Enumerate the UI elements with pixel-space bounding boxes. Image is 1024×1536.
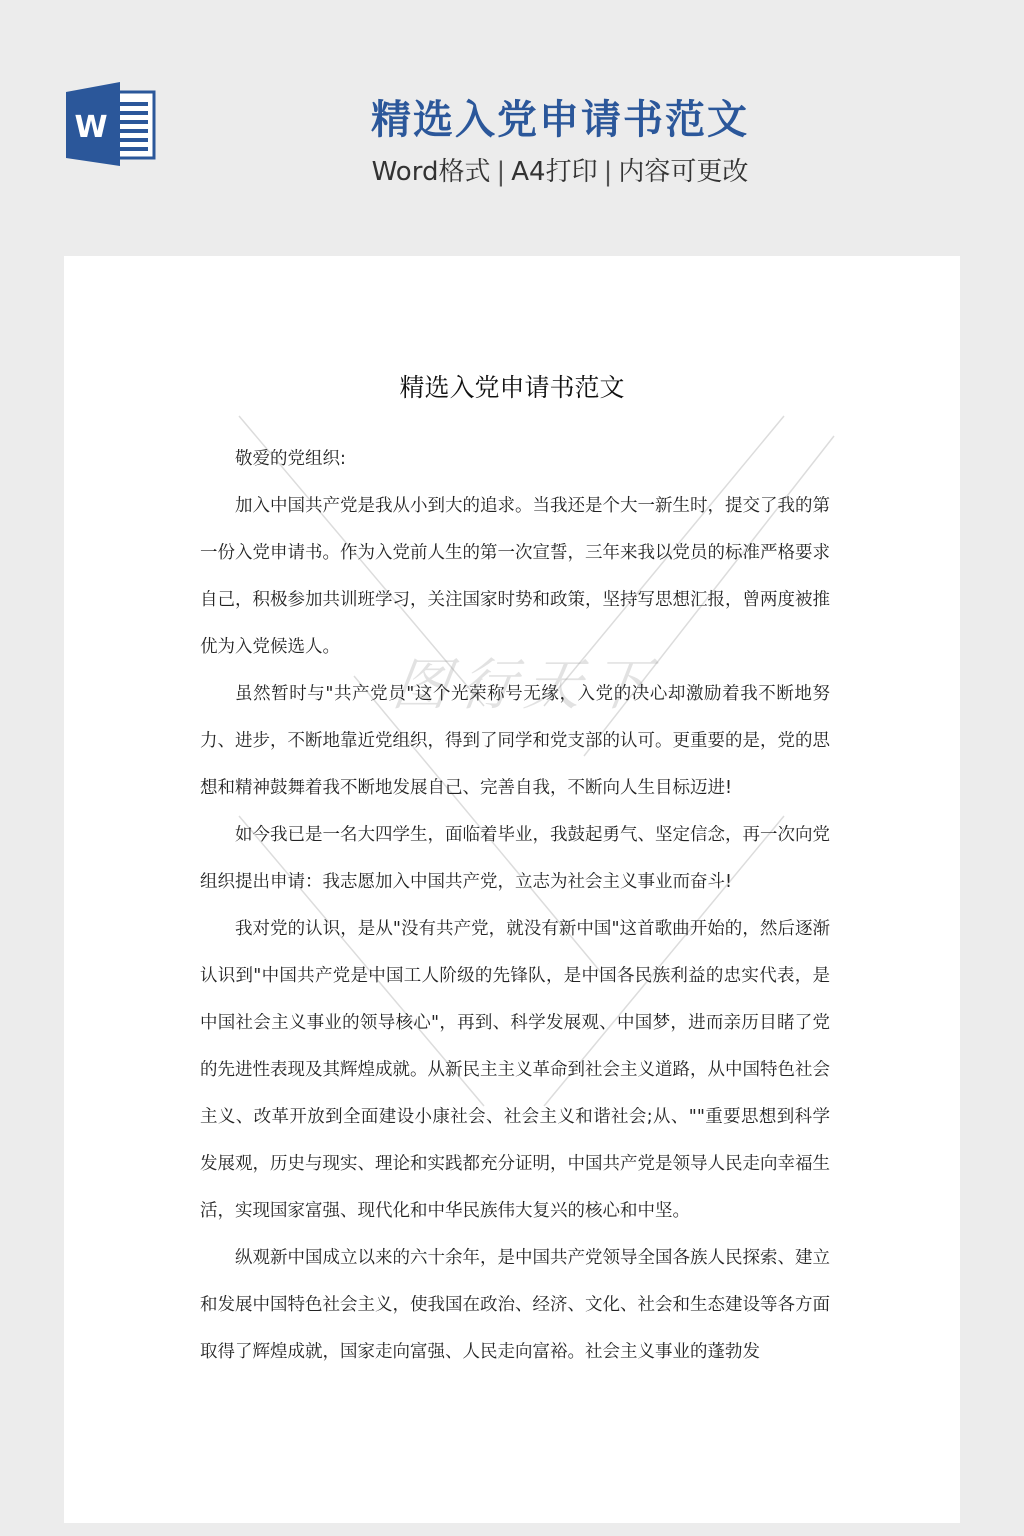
paragraph: 我对党的认识，是从"没有共产党，就没有新中国"这首歌曲开始的，然后逐渐认识到"中… bbox=[200, 906, 830, 1235]
format-label: Word格式 bbox=[372, 157, 491, 187]
paragraph: 加入中国共产党是我从小到大的追求。当我还是个大一新生时，提交了我的第一份入党申请… bbox=[200, 483, 830, 671]
document-body: 敬爱的党组织: 加入中国共产党是我从小到大的追求。当我还是个大一新生时，提交了我… bbox=[200, 436, 830, 1376]
separator: | bbox=[496, 157, 505, 187]
document-title: 精选入党申请书范文 bbox=[64, 368, 960, 408]
banner-subtitle: Word格式|A4打印|内容可更改 bbox=[300, 152, 820, 192]
paragraph: 虽然暂时与"共产党员"这个光荣称号无缘，入党的决心却激励着我不断地努力、进步，不… bbox=[200, 671, 830, 812]
editable-label: 内容可更改 bbox=[618, 157, 748, 187]
paragraph: 如今我已是一名大四学生，面临着毕业，我鼓起勇气、坚定信念，再一次向党组织提出申请… bbox=[200, 812, 830, 906]
banner-title: 精选入党申请书范文 bbox=[300, 92, 820, 148]
svg-text:W: W bbox=[74, 110, 107, 145]
separator: | bbox=[604, 157, 613, 187]
word-icon: W bbox=[64, 82, 158, 166]
salutation: 敬爱的党组织: bbox=[200, 436, 830, 483]
print-label: A4打印 bbox=[511, 157, 597, 187]
paragraph: 纵观新中国成立以来的六十余年，是中国共产党领导全国各族人民探索、建立和发展中国特… bbox=[200, 1235, 830, 1376]
header-banner: W 精选入党申请书范文 Word格式|A4打印|内容可更改 bbox=[0, 0, 1024, 256]
document-page: 图行天下 精选入党申请书范文 敬爱的党组织: 加入中国共产党是我从小到大的追求。… bbox=[64, 256, 960, 1523]
